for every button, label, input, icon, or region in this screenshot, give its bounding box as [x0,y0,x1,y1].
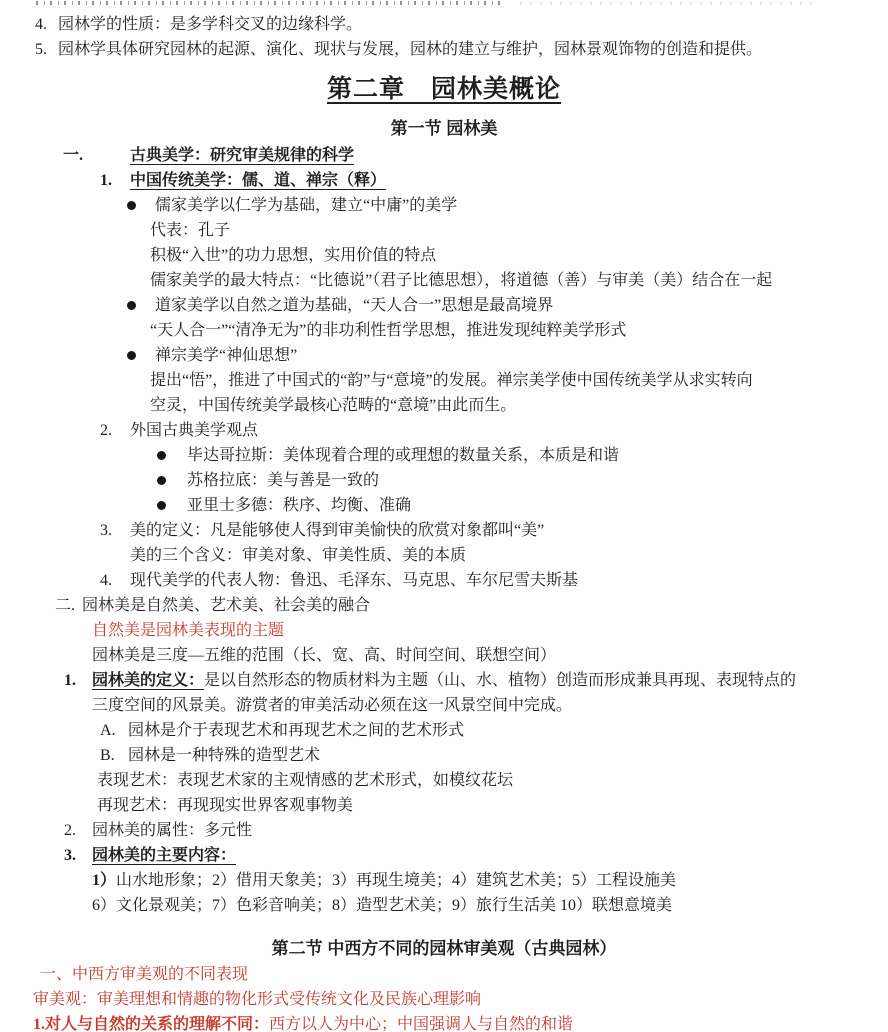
text-line: B.园林是一种特殊的造型艺术 [0,743,888,768]
intro-list: 4.园林学的性质：是多学科交叉的边缘科学。5.园林学具体研究园林的起源、演化、现… [0,12,888,62]
line-text: “天人合一”“清净无为”的非功利性哲学思想，推进发现纯粹美学形式 [150,322,626,339]
text-line: 3.美的定义：凡是能够使人得到审美愉快的欣赏对象都叫“美” [0,518,888,543]
list-marker: 3. [100,518,112,543]
line-text: 儒家美学以仁学为基础，建立“中庸”的美学 [155,197,457,214]
line-text: 外国古典美学观点 [130,422,258,439]
text-line: 2.外国古典美学观点 [0,418,888,443]
line-text: 毕达哥拉斯：美体现着合理的或理想的数量关系，本质是和谐 [187,447,619,464]
line-text: 西方以人为中心；中国强调人与自然的和谐 [269,1016,573,1032]
text-line: 儒家美学以仁学为基础，建立“中庸”的美学 [0,193,888,218]
text-line: 三度空间的风景美。游赏者的审美活动必须在这一风景空间中完成。 [0,693,888,718]
emphasis-text: 古典美学：研究审美规律的科学 [130,147,354,164]
list-marker: 二. [55,593,75,618]
text-line: 1.中国传统美学：儒、道、禅宗（释） [0,168,888,193]
text-line: 再现艺术：再现现实世界客观事物美 [0,793,888,818]
bullet-icon [127,351,136,360]
line-text: 园林美是三度—五维的范围（长、宽、高、时间空间、联想空间） [92,647,556,664]
text-line: 1.对人与自然的关系的理解不同：西方以人为中心；中国强调人与自然的和谐 [0,1012,888,1032]
bullet-icon [157,451,166,460]
text-line: 一.古典美学：研究审美规律的科学 [0,143,888,168]
text-line: 1）山水地形象；2）借用天象美；3）再现生境美；4）建筑艺术美；5）工程设施美 [0,868,888,893]
line-text: 现代美学的代表人物：鲁迅、毛泽东、马克思、车尔尼雪夫斯基 [130,572,578,589]
list-marker: B. [100,743,115,768]
clipped-text-fragment [36,1,506,5]
line-text: 苏格拉底：美与善是一致的 [187,472,379,489]
list-marker: A. [100,718,116,743]
line-text: 道家美学以自然之道为基础，“天人合一”思想是最高境界 [155,297,553,314]
line-text: 园林是介于表现艺术和再现艺术之间的艺术形式 [128,722,464,739]
clipped-text-fragment [520,2,820,5]
text-line: 2.园林美的属性：多元性 [0,818,888,843]
text-line: 儒家美学的最大特点：“比德说”（君子比德思想），将道德（善）与审美（美）结合在一… [0,268,888,293]
bullet-icon [127,201,136,210]
text-line: 毕达哥拉斯：美体现着合理的或理想的数量关系，本质是和谐 [0,443,888,468]
text-line: 亚里士多德：秩序、均衡、准确 [0,493,888,518]
line-text: 美的定义：凡是能够使人得到审美愉快的欣赏对象都叫“美” [130,522,544,539]
bullet-icon [157,476,166,485]
list-marker: 5. [35,37,47,62]
text-line: 道家美学以自然之道为基础，“天人合一”思想是最高境界 [0,293,888,318]
list-marker: 2. [100,418,112,443]
text-line: 4.园林学的性质：是多学科交叉的边缘科学。 [0,12,888,37]
text-line: 禅宗美学“神仙思想” [0,343,888,368]
text-line: 代表：孔子 [0,218,888,243]
line-text: 审美观：审美理想和情趣的物化形式受传统文化及民族心理影响 [33,991,481,1008]
section2-title: 第二节 中西方不同的园林审美观（古典园林） [0,936,888,962]
line-text: 园林美的属性：多元性 [92,822,252,839]
line-text: 表现艺术：表现艺术家的主观情感的艺术形式，如模纹花坛 [97,772,513,789]
text-line: 二.园林美是自然美、艺术美、社会美的融合 [0,593,888,618]
list-marker: 4. [35,12,47,37]
line-text: 园林美是自然美、艺术美、社会美的融合 [82,597,370,614]
text-line: “天人合一”“清净无为”的非功利性哲学思想，推进发现纯粹美学形式 [0,318,888,343]
text-line: 园林美是三度—五维的范围（长、宽、高、时间空间、联想空间） [0,643,888,668]
list-marker: 1. [64,668,76,693]
line-text: 是以自然形态的物质材料为主题（山、水、植物）创造而形成兼具再现、表现特点的 [204,672,796,689]
line-text: 亚里士多德：秩序、均衡、准确 [187,497,411,514]
outline-body: 一.古典美学：研究审美规律的科学1.中国传统美学：儒、道、禅宗（释）儒家美学以仁… [0,143,888,918]
line-text: 山水地形象；2）借用天象美；3）再现生境美；4）建筑艺术美；5）工程设施美 [116,872,676,889]
red-notes: 一、中西方审美观的不同表现审美观：审美理想和情趣的物化形式受传统文化及民族心理影… [0,962,888,1032]
line-text: 积极“入世”的功力思想，实用价值的特点 [150,247,436,264]
list-marker: 3. [64,843,76,868]
line-text: 禅宗美学“神仙思想” [155,347,297,364]
text-line: 5.园林学具体研究园林的起源、演化、现状与发展，园林的建立与维护，园林景观饰物的… [0,37,888,62]
text-line: 空灵，中国传统美学最核心范畴的“意境”由此而生。 [0,393,888,418]
emphasis-text: 园林美的主要内容： [92,847,236,864]
line-text: 三度空间的风景美。游赏者的审美活动必须在这一风景空间中完成。 [92,697,572,714]
text-line: 一、中西方审美观的不同表现 [0,962,888,987]
line-text: 美的三个含义：审美对象、审美性质、美的本质 [130,547,466,564]
bullet-icon [157,501,166,510]
list-marker: 2. [64,818,76,843]
emphasis-text: 1.对人与自然的关系的理解不同： [33,1016,269,1032]
text-line: 美的三个含义：审美对象、审美性质、美的本质 [0,543,888,568]
line-text: 6）文化景观美；7）色彩音响美；8）造型艺术美；9）旅行生活美 10）联想意境美 [92,897,672,914]
text-line: 6）文化景观美；7）色彩音响美；8）造型艺术美；9）旅行生活美 10）联想意境美 [0,893,888,918]
chapter-title: 第二章 园林美概论 [0,72,888,108]
line-text: 代表：孔子 [150,222,230,239]
line-text: 一、中西方审美观的不同表现 [40,966,248,983]
text-line: 1.园林美的定义：是以自然形态的物质材料为主题（山、水、植物）创造而形成兼具再现… [0,668,888,693]
text-line: 自然美是园林美表现的主题 [0,618,888,643]
text-line: 4.现代美学的代表人物：鲁迅、毛泽东、马克思、车尔尼雪夫斯基 [0,568,888,593]
list-marker: 一. [63,143,83,168]
line-text: 提出“悟”，推进了中国式的“韵”与“意境”的发展。禅宗美学使中国传统美学从求实转… [150,372,753,389]
line-text: 园林是一种特殊的造型艺术 [128,747,320,764]
text-line: 积极“入世”的功力思想，实用价值的特点 [0,243,888,268]
line-text: 空灵，中国传统美学最核心范畴的“意境”由此而生。 [150,397,516,414]
section1-title: 第一节 园林美 [0,116,888,141]
line-text: 儒家美学的最大特点：“比德说”（君子比德思想），将道德（善）与审美（美）结合在一… [150,272,772,289]
text-line: A.园林是介于表现艺术和再现艺术之间的艺术形式 [0,718,888,743]
line-text: 自然美是园林美表现的主题 [92,622,284,639]
bullet-icon [127,301,136,310]
line-text: 再现艺术：再现现实世界客观事物美 [97,797,353,814]
line-text: 园林学的性质：是多学科交叉的边缘科学。 [58,16,362,33]
text-line: 苏格拉底：美与善是一致的 [0,468,888,493]
line-text: 园林学具体研究园林的起源、演化、现状与发展，园林的建立与维护，园林景观饰物的创造… [58,41,762,58]
text-line: 表现艺术：表现艺术家的主观情感的艺术形式，如模纹花坛 [0,768,888,793]
document-page: 4.园林学的性质：是多学科交叉的边缘科学。5.园林学具体研究园林的起源、演化、现… [0,0,888,1032]
sequence-prefix: 1） [92,872,116,889]
chapter-title-text: 第二章 园林美概论 [327,76,561,103]
clipped-previous-line [0,0,888,6]
emphasis-text: 中国传统美学：儒、道、禅宗（释） [130,172,386,189]
list-marker: 1. [100,168,112,193]
text-line: 3.园林美的主要内容： [0,843,888,868]
text-line: 提出“悟”，推进了中国式的“韵”与“意境”的发展。禅宗美学使中国传统美学从求实转… [0,368,888,393]
text-line: 审美观：审美理想和情趣的物化形式受传统文化及民族心理影响 [0,987,888,1012]
list-marker: 4. [100,568,112,593]
emphasis-text: 园林美的定义： [92,672,204,689]
